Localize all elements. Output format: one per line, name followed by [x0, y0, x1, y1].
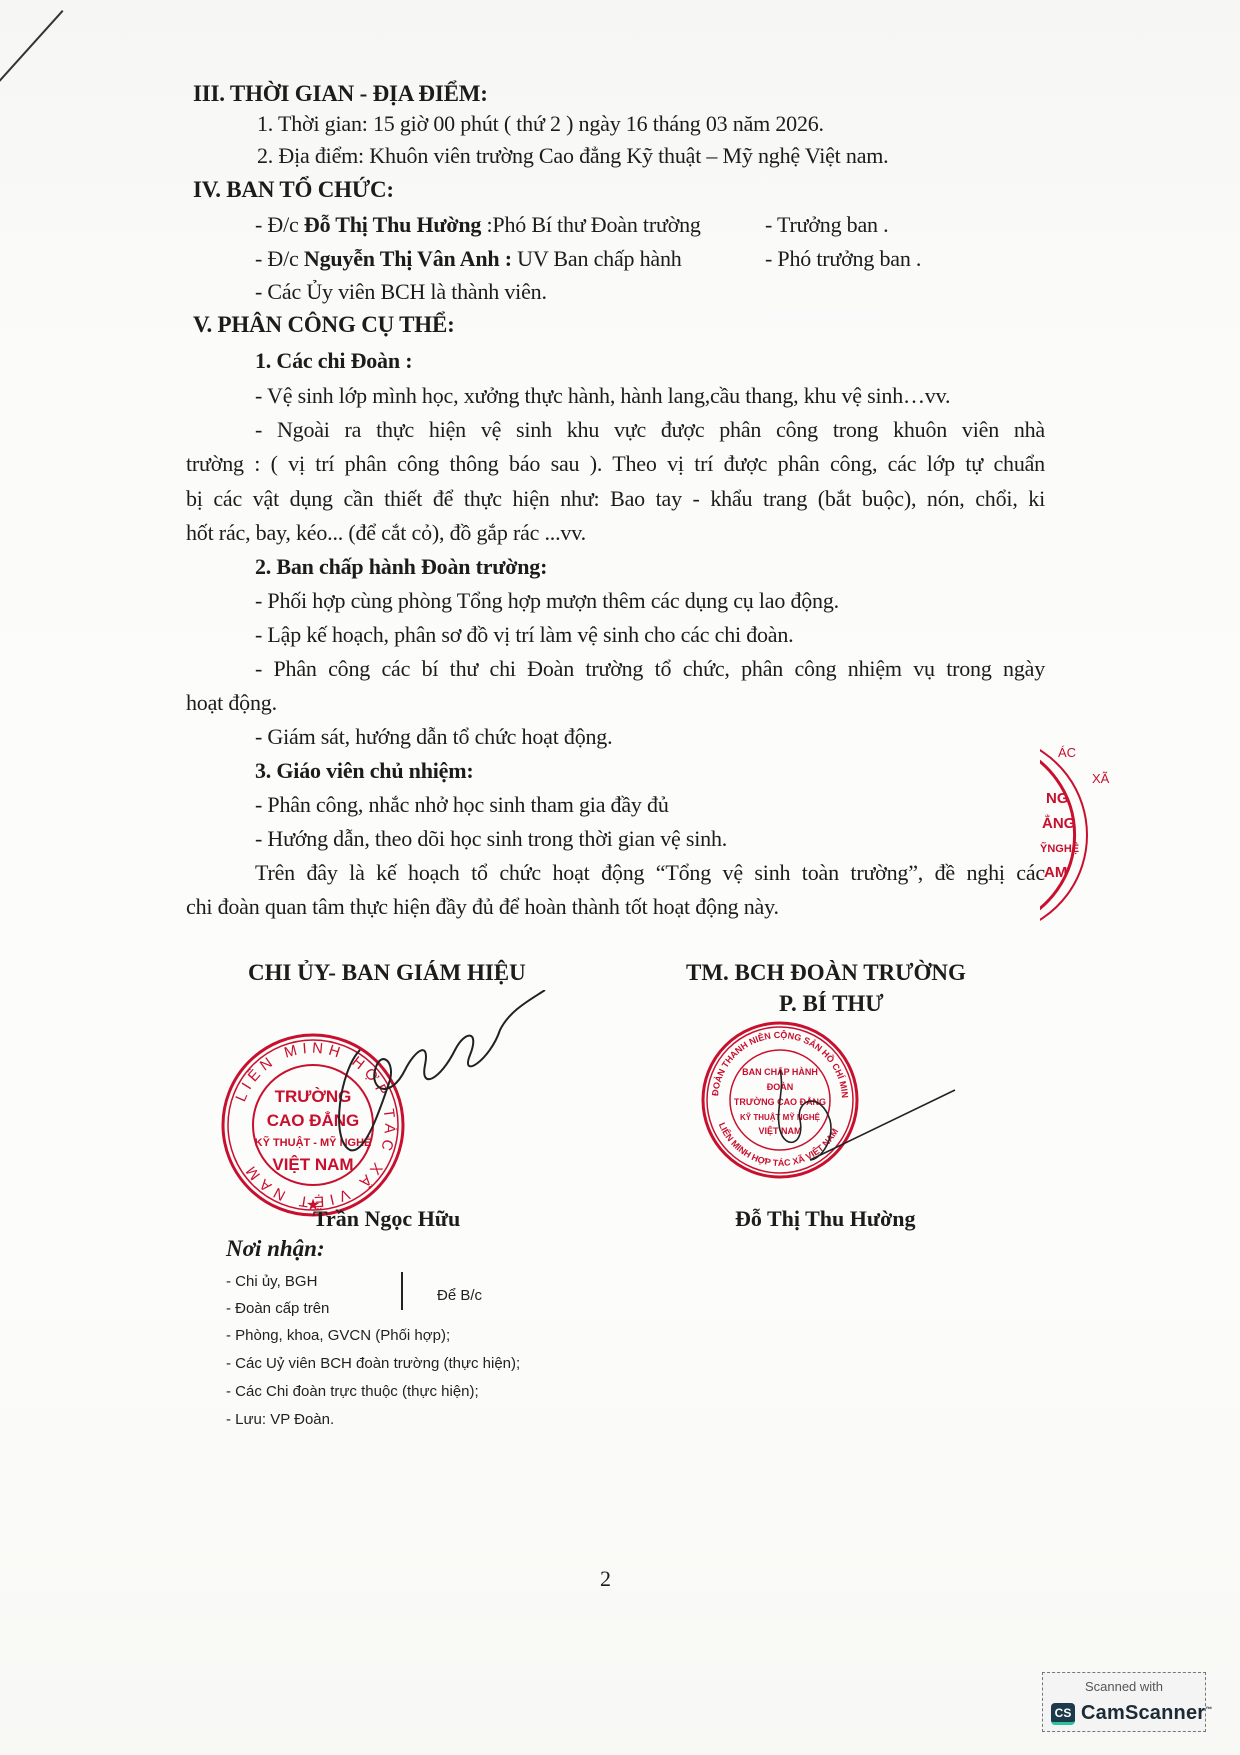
right-handwritten-signature — [750, 1050, 960, 1170]
trademark-mark: ™ — [1205, 1706, 1212, 1713]
watermark-brand: CamScanner™ — [1081, 1702, 1212, 1725]
sub2-title: 2. Ban chấp hành Đoàn trường: — [255, 553, 547, 581]
member-prefix: - Đ/c — [255, 212, 304, 237]
section-iv-heading: IV. BAN TỔ CHỨC: — [193, 176, 394, 204]
section-v-heading: V. PHÂN CÔNG CỤ THỂ: — [193, 311, 455, 339]
sub2-item: - Lập kế hoạch, phân sơ đồ vị trí làm vệ… — [255, 621, 793, 649]
closing-line2: chi đoàn quan tâm thực hiện đầy đủ để ho… — [186, 893, 779, 921]
member-position: UV Ban chấp hành — [512, 246, 682, 271]
sub3-item: - Phân công, nhắc nhở học sinh tham gia … — [255, 791, 669, 819]
recipient-item: - Phòng, khoa, GVCN (Phối hợp); — [226, 1327, 450, 1344]
sub2-item: - Giám sát, hướng dẫn tổ chức hoạt động. — [255, 723, 612, 751]
organizer-head: - Đ/c Đỗ Thị Thu Hường :Phó Bí thư Đoàn … — [255, 211, 701, 239]
right-signature-subtitle: P. BÍ THƯ — [779, 991, 884, 1017]
sub3-title: 3. Giáo viên chủ nhiệm: — [255, 757, 473, 785]
recipients-title: Nơi nhận: — [226, 1236, 325, 1262]
recipient-group-note: Để B/c — [437, 1287, 482, 1304]
sub1-item2-line3: bị các vật dụng cần thiết để thực hiện n… — [186, 485, 1045, 513]
left-signature-title: CHI ỦY- BAN GIÁM HIỆU — [248, 960, 526, 986]
sub1-item2-line2: trường : ( vị trí phân công thông báo sa… — [186, 450, 1045, 478]
sub2-item: - Phối hợp cùng phòng Tổng hợp mượn thêm… — [255, 587, 839, 615]
member-prefix: - Đ/c — [255, 246, 304, 271]
recipient-item: - Các Chi đoàn trực thuộc (thực hiện); — [226, 1383, 479, 1400]
event-time: 1. Thời gian: 15 giờ 00 phút ( thứ 2 ) n… — [257, 110, 824, 138]
sub1-item2-line4: hốt rác, bay, kéo... (để cắt cỏ), đồ gắp… — [186, 519, 586, 547]
svg-text:AM: AM — [1044, 864, 1067, 881]
sub1-item1: - Vệ sinh lớp mình học, xưởng thực hành,… — [255, 382, 950, 410]
sub2-item: - Phân công các bí thư chi Đoàn trường t… — [255, 655, 1045, 683]
member-name: Đỗ Thị Thu Hường — [304, 212, 481, 237]
sub1-item2-line1: - Ngoài ra thực hiện vệ sinh khu vực đượ… — [255, 416, 1045, 444]
svg-text:NG: NG — [1046, 790, 1069, 807]
left-signer-name: Trần Ngọc Hữu — [313, 1206, 460, 1232]
svg-text:ỸNGHỆ: ỸNGHỆ — [1040, 842, 1079, 855]
svg-text:ÁC: ÁC — [1058, 745, 1076, 760]
organizer-others: - Các Ủy viên BCH là thành viên. — [255, 278, 547, 306]
recipient-item: - Các Uỷ viên BCH đoàn trường (thực hiện… — [226, 1355, 520, 1372]
right-signature-title: TM. BCH ĐOÀN TRƯỜNG — [686, 960, 966, 986]
organizer-head-role: - Trưởng ban . — [765, 211, 888, 239]
svg-text:ẲNG: ẲNG — [1042, 814, 1075, 832]
event-place: 2. Địa điểm: Khuôn viên trường Cao đẳng … — [257, 142, 888, 170]
page-number: 2 — [600, 1566, 611, 1592]
camscanner-logo-icon: CS — [1051, 1703, 1075, 1725]
brand-text: CamScanner — [1081, 1702, 1205, 1724]
camscanner-watermark: Scanned with CS CamScanner™ — [1042, 1672, 1206, 1732]
recipient-item: - Lưu: VP Đoàn. — [226, 1411, 334, 1428]
sub1-title: 1. Các chi Đoàn : — [255, 347, 412, 375]
section-iii-heading: III. THỜI GIAN - ĐỊA ĐIỂM: — [193, 80, 488, 108]
organizer-deputy: - Đ/c Nguyễn Thị Vân Anh : UV Ban chấp h… — [255, 245, 682, 273]
left-handwritten-signature — [320, 990, 550, 1160]
right-signer-name: Đỗ Thị Thu Hường — [735, 1206, 916, 1232]
sub3-item: - Hướng dẫn, theo dõi học sinh trong thờ… — [255, 825, 727, 853]
member-name: Nguyễn Thị Vân Anh : — [304, 246, 512, 271]
sub2-item-cont: hoạt động. — [186, 689, 277, 717]
recipient-group-bracket — [401, 1272, 403, 1310]
svg-text:XÃ: XÃ — [1092, 771, 1110, 786]
closing-line1: Trên đây là kế hoạch tổ chức hoạt động “… — [255, 859, 1045, 887]
member-position: :Phó Bí thư Đoàn trường — [481, 212, 701, 237]
watermark-caption: Scanned with — [1043, 1679, 1205, 1694]
recipient-item: - Chi ủy, BGH — [226, 1273, 317, 1290]
recipient-item: - Đoàn cấp trên — [226, 1300, 329, 1317]
margin-stamp-fragment: ÁC XÃ NG ẲNG ỸNGHỆ AM — [1040, 735, 1140, 935]
organizer-deputy-role: - Phó trưởng ban . — [765, 245, 921, 273]
